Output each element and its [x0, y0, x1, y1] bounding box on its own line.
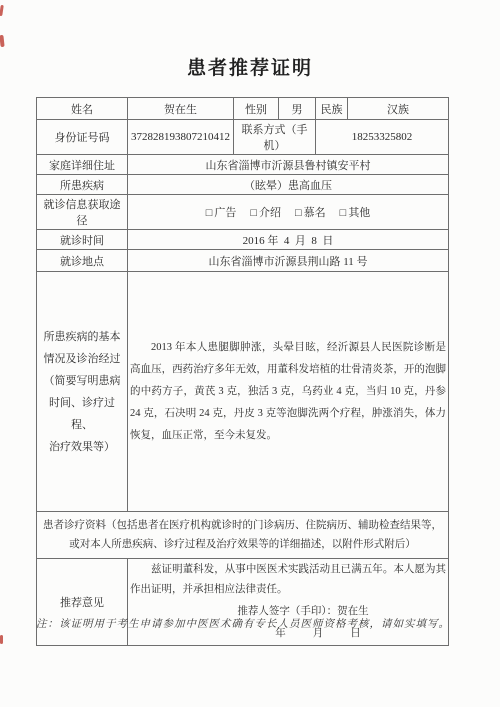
checkbox-other: □其他	[340, 204, 371, 220]
checkbox-other-label: 其他	[348, 207, 370, 219]
checkbox-referral: □介绍	[250, 204, 281, 220]
condition-description-cell: 2013 年本人患腿脚肿涨，头晕目眩，经沂源县人民医院诊断是高血压，西药治疗多年…	[128, 272, 449, 512]
checkbox-advertisement-label: 广告	[214, 207, 236, 219]
row-records-note: 患者诊疗资料（包括患者在医疗机构就诊时的门诊病历、住院病历、辅助检查结果等，或对…	[37, 512, 449, 559]
recommendation-cell: 兹证明董科发，从事中医医术实践活动且已满五年。本人愿为其作出证明，并承担相应法律…	[128, 559, 449, 646]
name-label: 姓名	[37, 98, 128, 120]
records-note-text: 患者诊疗资料（包括患者在医疗机构就诊时的门诊病历、住院病历、辅助检查结果等，或对…	[37, 512, 449, 559]
gender-label: 性别	[234, 98, 279, 120]
red-pen-edge-mark	[0, 35, 5, 47]
checkbox-reputation: □慕名	[295, 204, 326, 220]
condition-description-text: 2013 年本人患腿脚肿涨，头晕目眩，经沂源县人民医院诊断是高血压，西药治疗多年…	[130, 337, 446, 447]
red-pen-edge-mark	[0, 635, 3, 644]
row-condition-description: 所患疾病的基本 情况及诊治经过 （简要写明患病 时间、诊疗过程、 治疗效果等） …	[37, 272, 449, 512]
phone-label: 联系方式（手机）	[234, 120, 316, 155]
checkbox-icon: □	[206, 207, 213, 219]
visit-time-label: 就诊时间	[37, 230, 128, 250]
row-info-source: 就诊信息获取途径 □广告 □介绍 □慕名 □其他	[37, 195, 449, 230]
checkbox-icon: □	[295, 207, 302, 219]
recommendation-label: 推荐意见	[37, 559, 128, 646]
disease-label: 所患疾病	[37, 175, 128, 195]
row-recommendation: 推荐意见 兹证明董科发，从事中医医术实践活动且已满五年。本人愿为其作出证明，并承…	[37, 559, 449, 646]
ethnicity-label: 民族	[316, 98, 348, 120]
row-name-gender-ethnicity: 姓名 贺在生 性别 男 民族 汉族	[37, 98, 449, 120]
row-address: 家庭详细住址 山东省淄博市沂源县鲁村镇安平村	[37, 155, 449, 175]
checkbox-icon: □	[340, 207, 347, 219]
visit-place-value: 山东省淄博市沂源县荆山路 11 号	[128, 250, 449, 272]
id-number-value: 372828193807210412	[128, 120, 234, 155]
condition-label: 所患疾病的基本 情况及诊治经过 （简要写明患病 时间、诊疗过程、 治疗效果等）	[37, 272, 128, 512]
name-value: 贺在生	[128, 98, 234, 120]
address-label: 家庭详细住址	[37, 155, 128, 175]
id-number-label: 身份证号码	[37, 120, 128, 155]
checkbox-advertisement: □广告	[206, 204, 237, 220]
row-visit-place: 就诊地点 山东省淄博市沂源县荆山路 11 号	[37, 250, 449, 272]
footer-note: 注：该证明用于考生申请参加中医医术确有专长人员医师资格考核，请如实填写。	[36, 616, 456, 631]
certificate-form-table: 姓名 贺在生 性别 男 民族 汉族 身份证号码 3728281938072104…	[36, 97, 449, 646]
ethnicity-value: 汉族	[348, 98, 449, 120]
disease-value: （眩晕）患高血压	[128, 175, 449, 195]
recommendation-text: 兹证明董科发，从事中医医术实践活动且已满五年。本人愿为其作出证明，并承担相应法律…	[130, 560, 446, 600]
checkbox-referral-label: 介绍	[259, 207, 281, 219]
checkbox-icon: □	[250, 207, 257, 219]
checkbox-group: □广告 □介绍 □慕名 □其他	[130, 204, 446, 220]
row-visit-time: 就诊时间 2016 年 4 月 8 日	[37, 230, 449, 250]
phone-value: 18253325802	[316, 120, 449, 155]
red-pen-edge-mark	[0, 5, 4, 16]
checkbox-reputation-label: 慕名	[304, 207, 326, 219]
row-id-phone: 身份证号码 372828193807210412 联系方式（手机） 182533…	[37, 120, 449, 155]
scanned-certificate-page: 患者推荐证明 姓名 贺在生 性别 男 民族 汉族 身份证号码 372828193…	[0, 0, 500, 707]
info-source-options: □广告 □介绍 □慕名 □其他	[128, 195, 449, 230]
visit-time-value: 2016 年 4 月 8 日	[128, 230, 449, 250]
row-disease: 所患疾病 （眩晕）患高血压	[37, 175, 449, 195]
document-title: 患者推荐证明	[0, 53, 500, 80]
gender-value: 男	[279, 98, 316, 120]
address-value: 山东省淄博市沂源县鲁村镇安平村	[128, 155, 449, 175]
info-source-label: 就诊信息获取途径	[37, 195, 128, 230]
visit-place-label: 就诊地点	[37, 250, 128, 272]
